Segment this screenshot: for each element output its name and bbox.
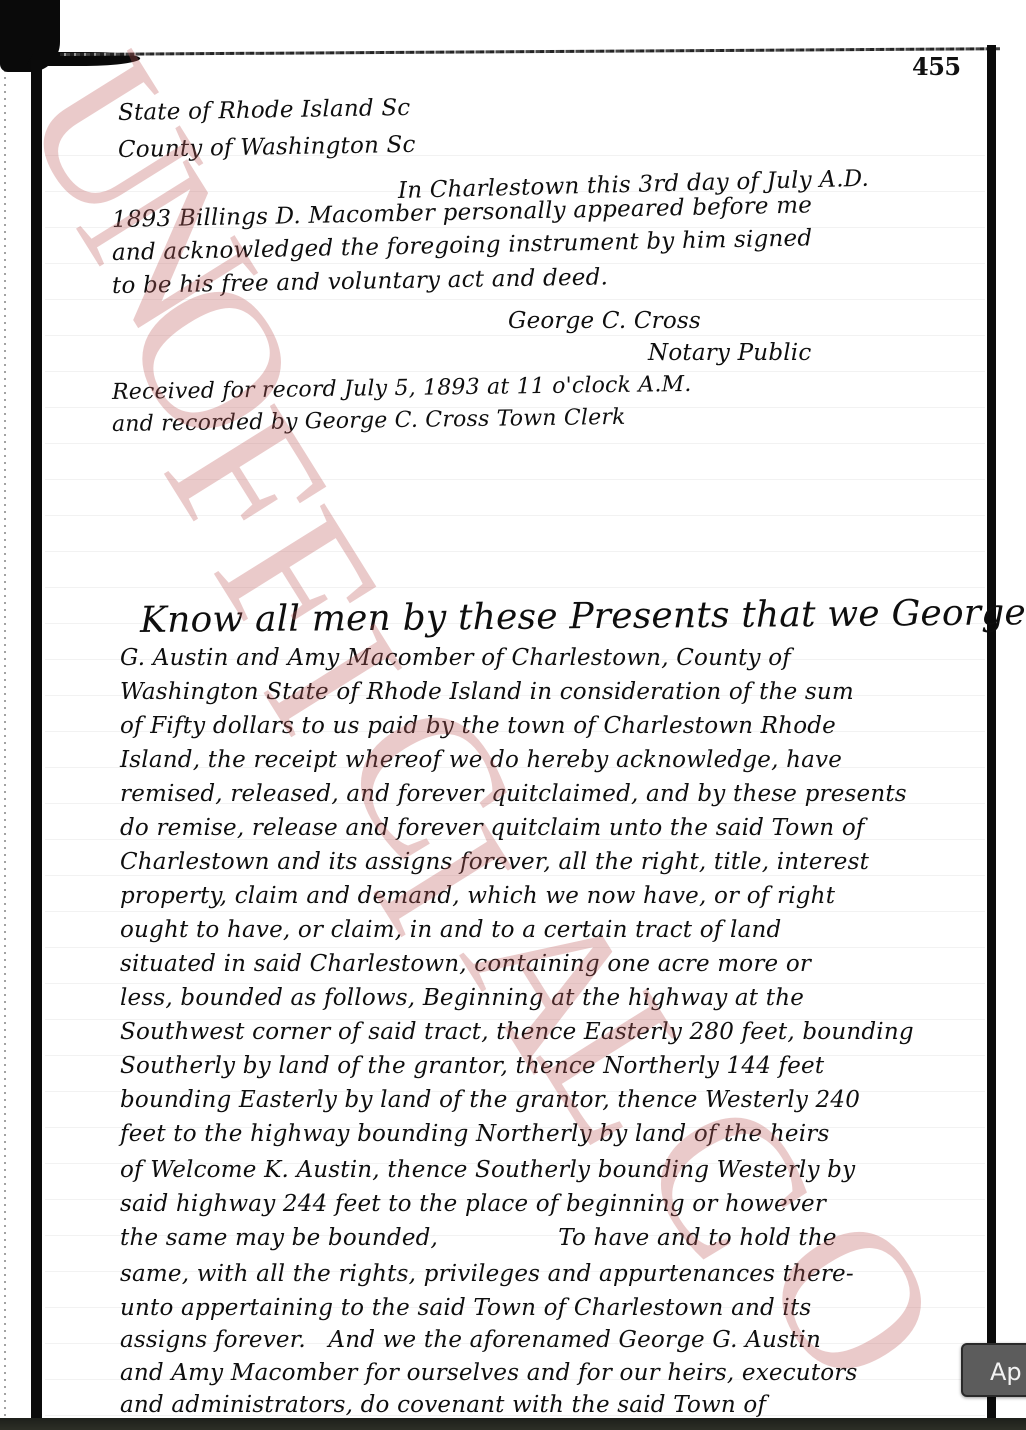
deed-line: Charlestown and its assigns forever, all… [120,849,869,875]
margin-dashes [4,70,6,1420]
deed-line: same, with all the rights, privileges an… [120,1261,854,1287]
ack-line-3: and acknowledged the foregoing instrumen… [112,225,813,266]
deed-line: bounding Easterly by land of the grantor… [120,1087,860,1113]
deed-line: Washington State of Rhode Island in cons… [120,679,854,705]
document-viewer: 455 State of Rhode Island Sc County of W… [0,0,1026,1430]
deed-line: unto appertaining to the said Town of Ch… [120,1295,811,1321]
right-margin-rule [987,45,996,1420]
deed-line: assigns forever. And we the aforenamed G… [120,1327,821,1353]
page-number: 455 [912,52,961,81]
deed-line: less, bounded as follows, Beginning at t… [120,985,804,1011]
venue-state: State of Rhode Island Sc [118,95,411,126]
deed-line: Island, the receipt whereof we do hereby… [120,747,842,773]
recording-line-2: and recorded by George C. Cross Town Cle… [112,405,626,437]
deed-line: G. Austin and Amy Macomber of Charlestow… [120,645,791,671]
ack-line-4: to be his free and voluntary act and dee… [112,264,608,299]
partial-action-button[interactable]: Ap [961,1343,1026,1397]
deed-line: remised, released, and forever quitclaim… [120,781,907,807]
notary-signature: George C. Cross [508,308,701,334]
deed-line: Southwest corner of said tract, thence E… [120,1019,914,1045]
recording-line-1: Received for record July 5, 1893 at 11 o… [112,372,692,405]
deed-line: of Welcome K. Austin, thence Southerly b… [120,1157,855,1183]
deed-line: feet to the highway bounding Northerly b… [120,1121,829,1147]
deed-line: do remise, release and forever quitclaim… [120,815,865,841]
notary-title: Notary Public [648,340,811,366]
ledger-page: 455 State of Rhode Island Sc County of W… [0,0,1026,1418]
top-rule-line [60,47,1000,56]
bottom-bar [0,1418,1026,1430]
deed-line: of Fifty dollars to us paid by the town … [120,713,836,739]
deed-opening: Know all men by these Presents that we G… [140,592,1026,641]
deed-line: and administrators, do covenant with the… [120,1392,766,1418]
deed-line: Southerly by land of the grantor, thence… [120,1053,824,1079]
deed-line: and Amy Macomber for ourselves and for o… [120,1360,858,1386]
deed-line: ought to have, or claim, in and to a cer… [120,917,781,943]
left-margin-rule [31,60,42,1420]
deed-line: said highway 244 feet to the place of be… [120,1191,826,1217]
deed-line: the same may be bounded, To have and to … [120,1225,837,1251]
deed-line: situated in said Charlestown, containing… [120,951,811,977]
deed-line: property, claim and demand, which we now… [120,883,835,909]
venue-county: County of Washington Sc [118,132,416,163]
